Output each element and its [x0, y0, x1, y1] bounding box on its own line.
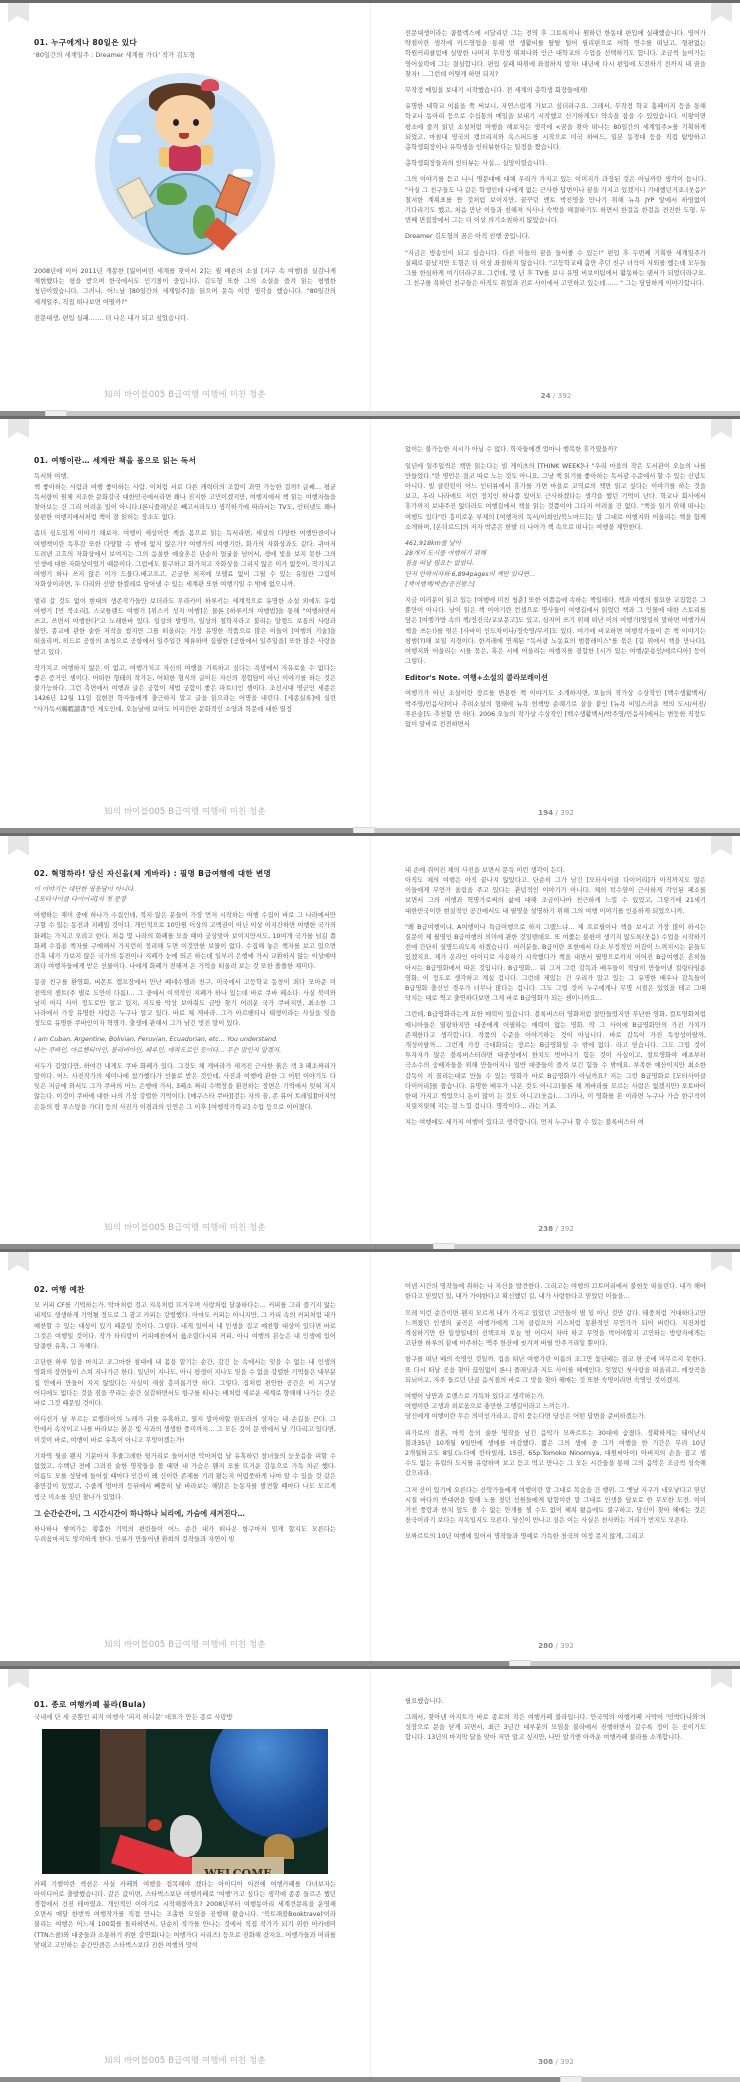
body-paragraph: 모짜르트의 10년 여행에 있어서 명작들과 명예로 가득한 천국의 여정 못지…: [405, 1532, 706, 1542]
body-paragraph: 저는 여행에도 세가지 여행이 있다고 생각합니다. 먼저 누구나 할 수 있는…: [405, 1118, 706, 1128]
body-paragraph: 하나하나 쌓여가는 황홀한 기억의 편린들이 어느 순간 내가 떠나온 항구마저…: [34, 1525, 336, 1545]
total-pages: 392: [558, 391, 572, 400]
current-page: 24: [541, 391, 551, 400]
epigraph-source: -[모터사이클 다이어리]의 첫 문장: [34, 895, 336, 905]
body-paragraph: 피가로의 결혼, 마적 등의 숱한 명작을 남긴 음악가 모짜르트는 30대에 …: [405, 1429, 706, 1480]
bookmark-icon[interactable]: [711, 836, 732, 855]
right-page: 내 손에 쥐어진 체의 사진을 보면서 문득 이런 생각이 든다. 아직도 체의…: [370, 836, 740, 1249]
bookmark-icon[interactable]: [8, 1252, 29, 1271]
page-number: 308 / 392: [371, 2057, 740, 2066]
current-page: 238: [538, 1224, 553, 1233]
right-page: 전문대생이라는 콤플렉스에 시달리던 그는 전역 후 그토록이나 원하던 한동대…: [370, 3, 740, 416]
che-guevara-quote: I am Cuban, Argentine, Bolivian, Peruvia…: [34, 1035, 336, 1055]
welcome-sign: WELCOME: [192, 1857, 284, 1874]
body-paragraph: 어낸 시간의 명작들에 취하는 나 자신을 발견한다. 그리고는 여행의 끄트머…: [405, 1282, 706, 1302]
book-spread-4: 02. 여행 예찬 모 커피 CF를 기억하는가. 악마처럼 검고 지옥처럼 뜨…: [0, 1249, 740, 1665]
body-paragraph: 그래서, 찾아낸 아지트가 바로 종로의 작은 여행카페 불라입니다. 안국역의…: [405, 1713, 706, 1744]
progress-thumb[interactable]: [560, 2076, 582, 2082]
right-page: 어낸 시간의 명작들에 취하는 나 자신을 발견한다. 그리고는 여행의 끄트머…: [370, 1252, 740, 1665]
bookmark-icon[interactable]: [8, 3, 29, 22]
current-page: 280: [538, 1641, 553, 1650]
body-paragraph: "왜 B급여행이냐, A여행이나 특급여행으로 하지 그랬느냐… 제 프로필이나…: [405, 923, 706, 1005]
body-paragraph: 어디선가 날 부르는 로렐라이의 노래가 귀를 유혹하고, 열지 말아야할 판도…: [34, 1415, 336, 1446]
epigraph-line: 이 이야기는 대단한 영웅담이 아니다.: [34, 885, 336, 895]
body-paragraph: 작가치고 여행하지 않은 이 없고, 여행가치고 자신의 여행을 기록하고 싶다…: [34, 664, 336, 715]
quote-english: I am Cuban, Argentine, Bolivian, Peruvia…: [34, 1035, 336, 1045]
book-spread-5: 01. 종로 여행카페 불라(Bula) 국내에 단 세 곳뿐인 피지 여행사 …: [0, 1666, 740, 2082]
chapter-title: 01. 누구에게나 80일은 있다: [34, 37, 336, 48]
body-paragraph: 으레 이런 순간이면 왠지 모르게 내가 가지고 있었던 고민들이 별 일 아닌…: [405, 1309, 706, 1350]
chapter-subtitle: '80일간의 세계일주 : Dreamer 세계를 가다' 작가 김도형: [34, 50, 336, 59]
bookmark-icon[interactable]: [711, 419, 732, 438]
body-paragraph: 일년에 일주일씩은 책만 읽는다는 빌 게이츠의 [THINK WEEK]나 "…: [405, 462, 706, 533]
section-heading: 그 순간순간이, 그 시간시간이 하나하나 뇌리에, 가슴에 새겨진다…: [34, 1509, 336, 1519]
bookmark-icon[interactable]: [711, 3, 732, 22]
body-paragraph: 모 커피 CF를 기억하는가. 악마처럼 검고 지옥처럼 뜨거우며 사랑처럼 달…: [34, 1301, 336, 1352]
cafe-globe-and-teddy-bear-photo: WELCOME: [42, 1729, 328, 1874]
poem-block: 461,918km를 날아 28개의 도시를 여행하기 위해 짐을 떠날 필요는…: [405, 539, 706, 590]
bookmark-icon[interactable]: [8, 836, 29, 855]
chapter-title: 02. 여행 예찬: [34, 1284, 336, 1295]
body-paragraph: 그런데, B급영화라는게 묘한 매력이 있습니다. 블록버스터 영화처럼 잘만들…: [405, 1010, 706, 1112]
body-paragraph: 고단한 하루 일을 마치고 조그마한 침대에 내 몸을 맡기는 순간, 감긴 눈…: [34, 1358, 336, 1409]
poem-line: 28개의 도시를 여행하기 위해: [405, 549, 706, 559]
current-page: 194: [538, 808, 553, 817]
left-page: 02. 여행 예찬 모 커피 CF를 기억하는가. 악마처럼 검고 지옥처럼 뜨…: [0, 1252, 370, 1665]
body-paragraph: 카페 기행이란 섹션은 사실 카페와 여행을 접목해야 겠다는 아이디어 이전에…: [34, 1880, 336, 1951]
bookmark-icon[interactable]: [711, 1252, 732, 1271]
poem-line: 단지 안락의자와 6,894pages의 책만 있다면…: [405, 570, 706, 580]
total-pages: 392: [560, 1224, 574, 1233]
bookmark-icon[interactable]: [711, 1669, 732, 1688]
body-paragraph: 총학생회장들과의 인터뷰는 사실… 실망이였습니다.: [405, 159, 706, 169]
total-pages: 392: [560, 808, 574, 817]
body-paragraph: 없이는 불가능한 지시가 아닐 수 없다. 학자들에겐 얼마나 행복한 휴가였을…: [405, 445, 706, 455]
poem-line: 461,918km를 날아: [405, 539, 706, 549]
body-paragraph: 멀리 갈 것도 없이 현대의 생존작가들만 보더라도 무라카미 하루키는 세계적…: [34, 597, 336, 658]
poem-source: [책여행책/박준/공진왕스]: [405, 580, 706, 590]
body-paragraph: 전문대생이라는 콤플렉스에 시달리던 그는 전역 후 그토록이나 원하던 한동대…: [405, 29, 706, 80]
total-pages: 392: [560, 1641, 574, 1650]
book-title-footer: 知의 바이블005 B급여행 여행에 미친 청춘: [0, 388, 370, 400]
body-paragraph: 전문대생, 편입 실패……. 더 나은 내가 되고 싶었습니다.: [34, 314, 336, 324]
chapter-title: 01. 종로 여행카페 불라(Bula): [34, 1699, 336, 1710]
body-paragraph: 그의 이야기를 듣고 나니 명문대에 대해 우리가 가지고 있는 이미지가 과장…: [405, 175, 706, 226]
page-number: 24 / 392: [371, 391, 740, 400]
book-title-footer: 知의 바이블005 B급여행 여행에 미친 청춘: [0, 1221, 370, 1233]
body-paragraph: 여행하는 재미 중에 하나가 수집인데, 적지 않은 분들이 가장 먼저 시작하…: [34, 911, 336, 972]
body-paragraph: 여행기가 아닌 소설이란 장르를 변용한 책 이야기도 소개하자면, 오늘의 작…: [405, 689, 706, 730]
book-spread-1: 01. 누구에게나 80일은 있다 '80일간의 세계일주 : Dreamer …: [0, 0, 740, 416]
chapter-subtitle: 국내에 단 세 곳뿐인 피지 여행사 '피지 허니문' 대표가 만든 종로 사랑…: [34, 1712, 336, 1721]
book-title-footer: 知의 바이블005 B급여행 여행에 미친 청춘: [0, 1638, 370, 1650]
right-page: 필요했습니다. 그래서, 찾아낸 아지트가 바로 종로의 작은 여행카페 불라입…: [370, 1669, 740, 2082]
page-number: 280 / 392: [371, 1641, 740, 1650]
reading-progress-scrollbar[interactable]: [0, 2077, 740, 2082]
editors-note-heading: Editor's Note. 여행+소설의 콜라보레이션: [405, 673, 706, 683]
poem-line: 짐을 떠날 필요는 없었다.: [405, 559, 706, 569]
progress-fill: [0, 2077, 560, 2082]
left-page: 01. 종로 여행카페 불라(Bula) 국내에 단 세 곳뿐인 피지 여행사 …: [0, 1669, 370, 2082]
book-title-footer: 知의 바이블005 B급여행 여행에 미친 청춘: [0, 805, 370, 817]
body-paragraph: 독서와 여행. 책 좋아하는 사람과 여행 좋아하는 사람. 이처럼 서로 다른…: [34, 472, 336, 523]
body-paragraph: 항구를 떠난 배의 숙명인 것일까. 집을 떠난 여행가란 이름의 조그만 돛단…: [405, 1355, 706, 1386]
epigraph: 이 이야기는 대단한 영웅담이 아니다. -[모터사이클 다이어리]의 첫 문장: [34, 885, 336, 905]
body-paragraph: 유명한 대학교 이름을 쭉 써보니, 자연스럽게 가보고 싶더라구요. 그래서,…: [405, 102, 706, 153]
left-page: 01. 여행이란… 세계란 책을 몸으로 읽는 독서 독서와 여행. 책 좋아하…: [0, 419, 370, 832]
page-number: 238 / 392: [371, 1224, 740, 1233]
bookmark-icon[interactable]: [8, 419, 29, 438]
body-paragraph: 2008년에 이어 2011년 개봉한 [잃어버린 세계를 찾아서 2]는 쥘 …: [34, 267, 336, 308]
total-pages: 392: [560, 2057, 574, 2066]
body-paragraph: 기차역 뒷골 왠지 기분마저 후줄그레한 뒷거리로 들어서면 악마처럼 날 유혹…: [34, 1452, 336, 1503]
chapter-title: 01. 여행이란… 세계란 책을 몸으로 읽는 독서: [34, 455, 336, 466]
left-page: 01. 누구에게나 80일은 있다 '80일간의 세계일주 : Dreamer …: [0, 3, 370, 416]
body-paragraph: 지금 여러분이 읽고 있는 [여행에 미친 청춘] 또한 이쯤음에 속하는 책일…: [405, 596, 706, 667]
book-title-footer: 知의 바이블005 B급여행 여행에 미친 청춘: [0, 2054, 370, 2066]
body-paragraph: 좀더 심도있게 이야기 해보자. 여행이 세상이란 책을 몸으로 읽는 독서라면…: [34, 529, 336, 590]
body-paragraph: 필요했습니다.: [405, 1697, 706, 1707]
body-paragraph: 여행이 낭만과 로맨스로 가득차 있다고 생각하는가. 여행이란 고생과 외로움…: [405, 1392, 706, 1423]
body-paragraph: 그저 산이 있기에 오른다는 산악가들에게 여행이란 말 그대로 목숨을 건 행…: [405, 1486, 706, 1527]
book-spread-2: 01. 여행이란… 세계란 책을 몸으로 읽는 독서 독서와 여행. 책 좋아하…: [0, 416, 740, 832]
bookmark-icon[interactable]: [8, 1669, 29, 1688]
current-page: 308: [538, 2057, 553, 2066]
body-paragraph: 몽골 친구를 환영회, 버몬트 캠프장에서 만난 베네수엘라 친구, 미국에서 …: [34, 978, 336, 1029]
body-paragraph: 무작정 메일을 보내기 시작했습니다. 전 세계의 총학생 회장들에게!: [405, 86, 706, 96]
body-paragraph: 내 손에 쥐어진 체의 사진을 보면서 문득 이런 생각이 든다. 아직도 체의…: [405, 866, 706, 917]
page-number: 194 / 392: [371, 808, 740, 817]
body-paragraph: Dreamer 김도형의 꿈은 아직 진행 중입니다.: [405, 232, 706, 242]
body-paragraph: "지금은 방송인이 되고 싶습니다. 다른 이들의 꿈을 들어줄 수 있는!" …: [405, 249, 706, 290]
left-page: 02. 혁명하라! 당신 자신을(체 게바라) : 필명 B급여행에 대한 변명…: [0, 836, 370, 1249]
quote-korean: 나는 쿠바인, 아르헨티아인, 볼리비아인, 페루인, 에콰도르인 등이다… 무…: [34, 1046, 336, 1056]
right-page: 없이는 불가능한 지시가 아닐 수 없다. 학자들에겐 얼마나 행복한 휴가였을…: [370, 419, 740, 832]
book-spread-3: 02. 혁명하라! 당신 자신을(체 게바라) : 필명 B급여행에 대한 변명…: [0, 833, 740, 1249]
boy-standing-on-globe-illustration: [95, 73, 275, 253]
body-paragraph: 서두가 길었다만, 하여간 내게도 쿠바 화폐가 있다. 그것도 체 게바라가 …: [34, 1062, 336, 1113]
chapter-title: 02. 혁명하라! 당신 자신을(체 게바라) : 필명 B급여행에 대한 변명: [34, 868, 336, 879]
